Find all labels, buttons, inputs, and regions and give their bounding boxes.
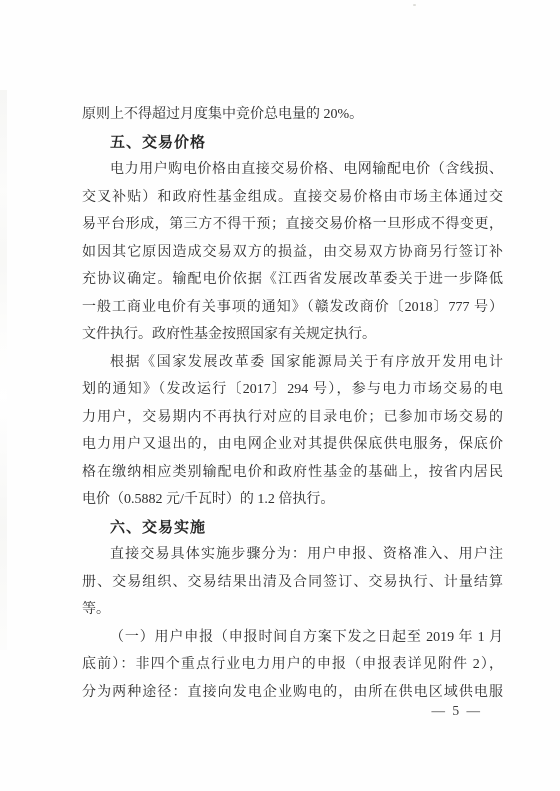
document-line: 册、交易组织、交易结果出清及合同签订、交易执行、计量结算 (82, 569, 503, 597)
document-line: 充协议确定。输配电价依据《江西省发展改革委关于进一步降低 (82, 266, 503, 294)
section-heading-6: 六、交易实施 (82, 514, 503, 542)
document-line: 底前）：非四个重点行业电力用户的申报（申报表详见附件 2）， (82, 651, 503, 679)
document-line: 等。 (82, 596, 503, 624)
document-line: 交叉补贴）和政府性基金组成。直接交易价格由市场主体通过交 (82, 184, 503, 212)
document-line: 一般工商业电价有关事项的通知》（赣发改商价〔2018〕777 号） (82, 294, 503, 322)
document-line: 力用户，交易期内不再执行对应的目录电价；已参加市场交易的 (82, 404, 503, 432)
document-line: 分为两种途径：直接向发电企业购电的，由所在供电区域供电服 (82, 679, 503, 707)
document-line: 原则上不得超过月度集中竞价总电量的 20%。 (82, 101, 503, 129)
scan-artifact-speck (413, 4, 416, 6)
document-line: 直接交易具体实施步骤分为：用户申报、资格准入、用户注 (82, 541, 503, 569)
document-line: 文件执行。政府性基金按照国家有关规定执行。 (82, 321, 503, 349)
scan-artifact-left-edge (0, 90, 7, 650)
document-page: 原则上不得超过月度集中竞价总电量的 20%。 五、交易价格 电力用户购电价格由直… (0, 0, 560, 791)
document-line: 易平台形成，第三方不得干预；直接交易价格一旦形成不得变更， (82, 211, 503, 239)
document-line: 格在缴纳相应类别输配电价和政府性基金的基础上，按省内居民 (82, 459, 503, 487)
document-line: 电力用户购电价格由直接交易价格、电网输配电价（含线损、 (82, 156, 503, 184)
document-line: 电力用户又退出的，由电网企业对其提供保底供电服务，保底价 (82, 431, 503, 459)
document-line: 根据《国家发展改革委 国家能源局关于有序放开发用电计 (82, 349, 503, 377)
document-line: （一）用户申报（申报时间自方案下发之日起至 2019 年 1 月 (82, 624, 503, 652)
section-heading-5: 五、交易价格 (82, 129, 503, 157)
document-line: 如因其它原因造成交易双方的损益，由交易双方协商另行签订补 (82, 239, 503, 267)
page-number: — 5 — (432, 703, 483, 719)
document-line: 电价（0.5882 元/千瓦时）的 1.2 倍执行。 (82, 486, 503, 514)
document-text-block: 原则上不得超过月度集中竞价总电量的 20%。 五、交易价格 电力用户购电价格由直… (82, 101, 503, 706)
document-line: 划的通知》（发改运行〔2017〕294 号），参与电力市场交易的电 (82, 376, 503, 404)
